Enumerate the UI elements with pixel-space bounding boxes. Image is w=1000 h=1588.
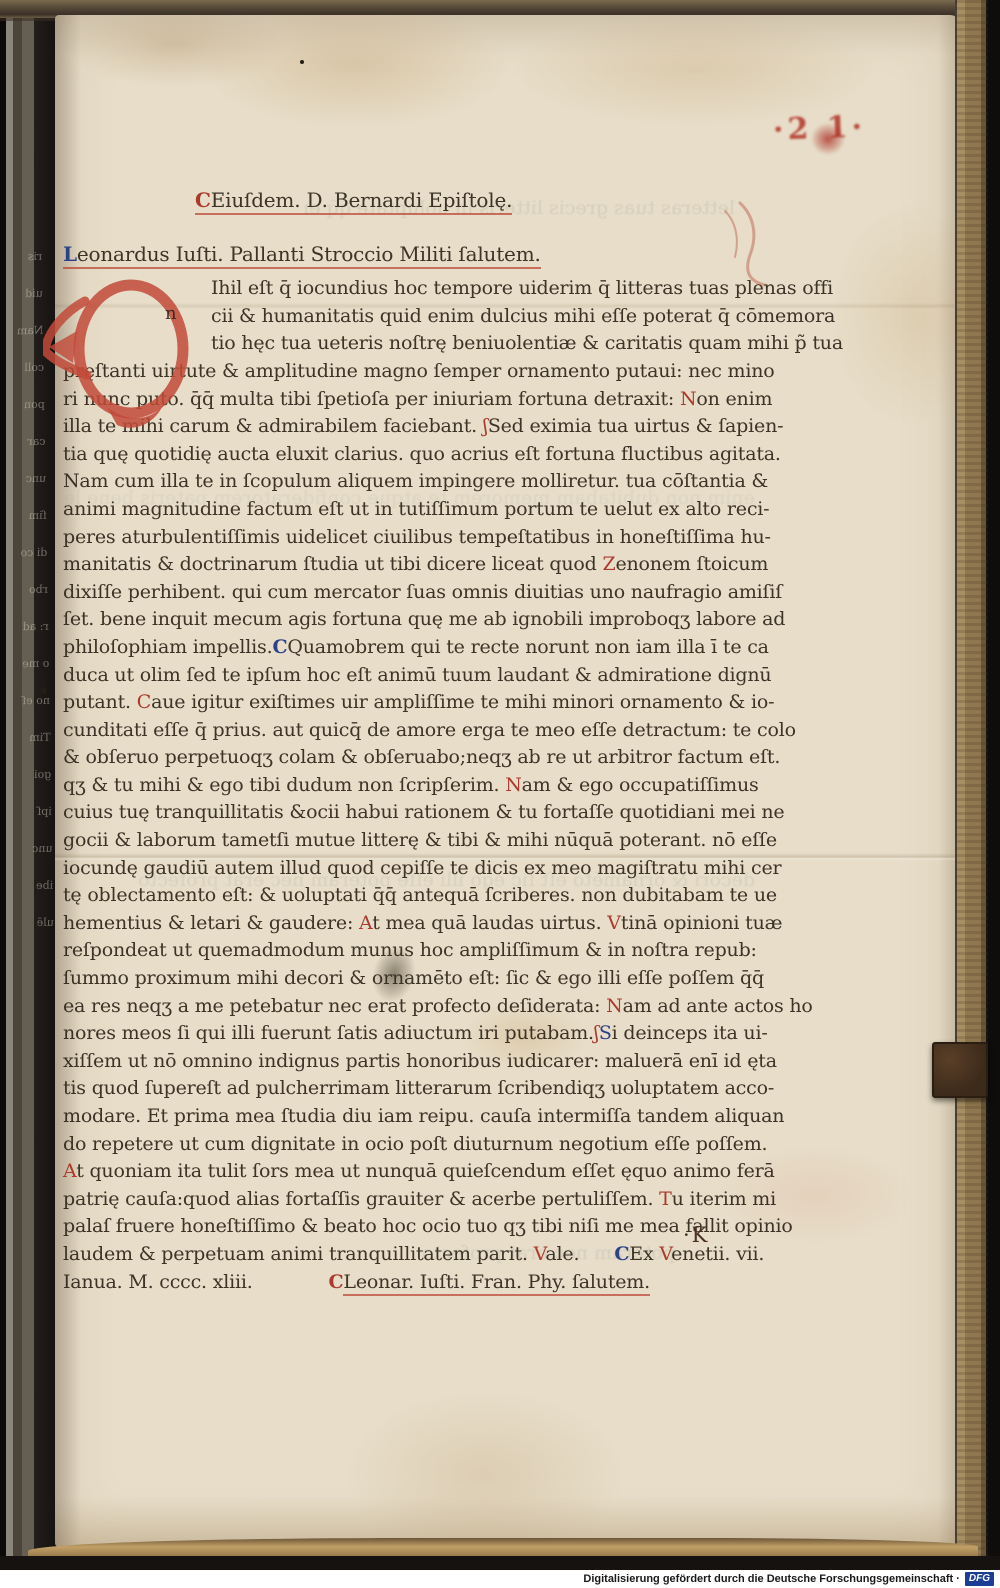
chapter-heading: CEiuſdem. D. Bernardi Epiſtolę. <box>63 187 775 215</box>
text-line: qʒ & tu mihi & ego tibi dudum non ſcripſ… <box>63 772 775 800</box>
text-line: modare. Et prima mea ſtudia diu iam reip… <box>63 1103 775 1131</box>
book-clasp <box>932 1042 988 1098</box>
text-line: ri nunc puto. q̄q̄ multa tibi ſpetioſa p… <box>63 386 775 414</box>
text-line: gocii & laborum tametſi mutue litterę & … <box>63 827 775 855</box>
text-line: Nam cum illa te in ſcopulum aliquem impi… <box>63 468 775 496</box>
text-line: animi magnitudine factum eſt ut in tutiſ… <box>63 496 775 524</box>
text-line: do repetere ut cum dignitate in ocio poſ… <box>63 1131 775 1159</box>
text-line: iocundę gaudiū autem illud quod cepiſſe … <box>63 855 775 883</box>
ink-speck <box>35 157 38 162</box>
text-line: philoſophiam impellis.CQuamobrem qui te … <box>63 634 775 662</box>
text-line: putant. Caue igitur exiſtimes uir ampliſ… <box>63 689 775 717</box>
text-line: peres aturbulentiſſimis uidelicet ciuili… <box>63 524 775 552</box>
text-line: tę oblectamento eſt: & uoluptati q̄q̄ an… <box>63 882 775 910</box>
book-fore-edge <box>955 0 989 1588</box>
text-line: cunditati eſſe q̄ prius. aut quicq̄ de a… <box>63 717 775 745</box>
text-line: tio hęc tua ueteris noſtrę beniuolentiæ … <box>63 330 775 358</box>
text-line: Ianua. M. cccc. xliii. CLeonar. Iuſti. F… <box>63 1269 775 1297</box>
guide-letter: n <box>165 303 177 324</box>
scan-background <box>0 1556 1000 1570</box>
quire-signature: ·K <box>683 1223 709 1247</box>
book-gutter: risuidNamcollponcaruncſimdi corbor: ado … <box>0 0 58 1588</box>
text-line: pręſtanti uirtute & amplitudine magno ſe… <box>63 358 775 386</box>
text-line: laudem & perpetuam animi tranquillitatem… <box>63 1241 775 1269</box>
text-line: manitatis & doctrinarum ſtudia ut tibi d… <box>63 551 775 579</box>
ink-speck <box>300 60 304 64</box>
text-line: illa te mihi carum & admirabilem facieba… <box>63 413 775 441</box>
text-line: reſpondeat ut quemadmodum munus hoc ampl… <box>63 937 775 965</box>
text-line: xiſſem ut nō omnino indignus partis hono… <box>63 1048 775 1076</box>
facing-page-text-fragments: risuidNamcollponcaruncſimdi corbor: ado … <box>8 250 60 930</box>
text-line: hementius & letari & gaudere: At mea quā… <box>63 910 775 938</box>
text-line: duca ut olim ſed te ipſum hoc eſt animū … <box>63 662 775 690</box>
digitization-credit-text: Digitalisierung gefördert durch die Deut… <box>583 1573 960 1585</box>
text-line: dixiſſe perhibent. qui cum mercator ſuas… <box>63 579 775 607</box>
scan-background <box>988 0 1000 1588</box>
text-line: & obſeruo perpetuoqʒ colam & obſeruabo;n… <box>63 744 775 772</box>
digitization-banner: Digitalisierung gefördert durch die Deut… <box>0 1570 1000 1588</box>
text-line: nores meos ſi qui illi fuerunt ſatis adi… <box>63 1020 775 1048</box>
text-line: ſummo proximum mihi decori & ornamēto eſ… <box>63 965 775 993</box>
letter-heading: Leonardus Iuſti. Pallanti Stroccio Milit… <box>63 241 775 269</box>
book-scan: risuidNamcollponcaruncſimdi corbor: ado … <box>0 0 1000 1588</box>
text-line: tis quod ſupereſt ad pulcherrimam litter… <box>63 1075 775 1103</box>
text-line: palaſ fruere honeſtiſſimo & beato hoc oc… <box>63 1213 775 1241</box>
dfg-logo: DFG <box>965 1572 994 1586</box>
text-line: Ihil eſt q̄ iocundius hoc tempore uideri… <box>63 275 775 303</box>
page-recto: letteras tuas grecis litteris in uolupta… <box>55 15 960 1547</box>
text-line: ſet. bene inquit mecum agis fortuna quę … <box>63 606 775 634</box>
ink-smudge <box>811 123 845 155</box>
text-line: patrię cauſa:quod alias fortaſſis grauit… <box>63 1186 775 1214</box>
text-line: tia quę quotidię aucta eluxit clarius. q… <box>63 441 775 469</box>
text-line: ea res neqʒ a me petebatur nec erat prof… <box>63 993 775 1021</box>
text-line: At quoniam ita tulit ſors mea ut nunquā … <box>63 1158 775 1186</box>
body-text: n CEiuſdem. D. Bernardi Epiſtolę.Leonard… <box>63 187 775 1296</box>
text-line: cuius tuę tranquillitatis &ocii habui ra… <box>63 799 775 827</box>
ink-speck <box>41 687 47 694</box>
